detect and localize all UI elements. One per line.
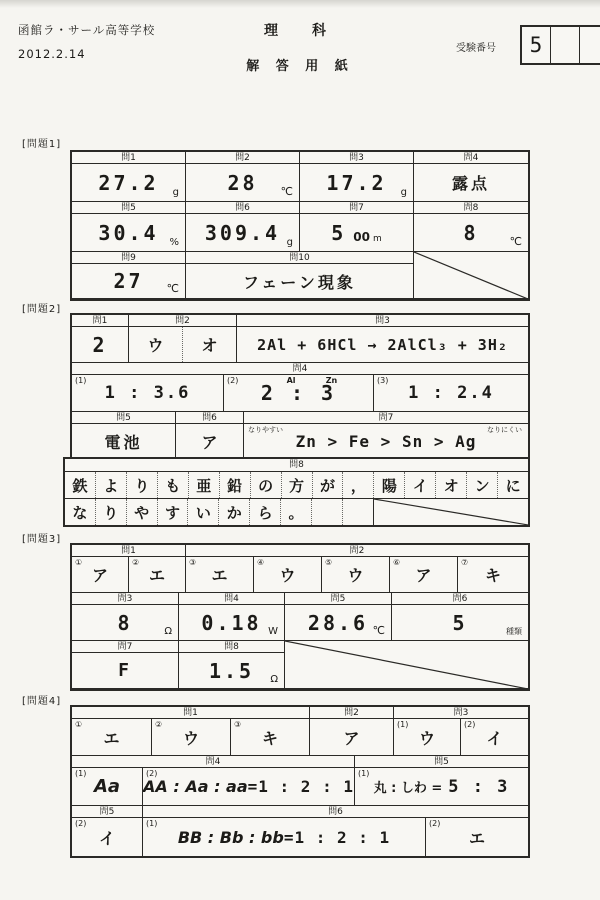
answer-genes: AA : Aa : aa [143,777,248,796]
answer-value: Aa [94,776,120,797]
s4-answer-row-2: (1) Aa (2) AA : Aa : aa =1 : 2 : 1 (1) 丸… [72,768,528,806]
s1-blank-zone-bottom [414,264,528,299]
s1-q6-answer-cell: 309.4 g [186,214,300,252]
s3-q2-6-cell: ⑥ ア [390,557,458,593]
char-box: ら [250,499,281,525]
s4-q6-header: 問6 [143,806,528,818]
element-label-al: Al [287,376,296,385]
char-box: 亜 [189,472,220,498]
s4-q1-2-cell: ② ウ [152,719,231,756]
s4-q3-1-cell: (1) ウ [394,719,461,756]
s3-q5-answer-cell: 28.6 ℃ [285,605,392,641]
s1-blank-zone-top [414,252,528,264]
answer-value: ア [92,563,108,586]
s3-header-row-2: 問3 問4 問5 問6 [72,593,528,605]
s2-q8-text-row-1: 鉄 よ り も 亜 鉛 の 方 が ， 陽 イ オ ン に [65,472,528,498]
s1-q3-answer-cell: 17.2 g [300,164,414,202]
s4-q4-header: 問4 [72,756,355,768]
answer-value: 5 [452,611,467,635]
item-number: ② [155,720,162,729]
subquestion-label: (1) [397,720,408,729]
s2-q3-header: 問3 [237,315,528,327]
answer-value: ア [201,430,217,453]
subquestion-label: (1) [146,819,157,828]
answer-value: エ [149,563,165,586]
subquestion-label: (2) [464,720,475,729]
char-box: 陽 [374,472,405,498]
s4-q5-2-cell: (2) イ [72,818,143,856]
answer-value: ウ [279,563,295,586]
answer-unit: 種類 [506,626,522,637]
answer-value: ウ [347,563,363,586]
s4-q4-2-cell: (2) AA : Aa : aa =1 : 2 : 1 [143,768,355,806]
answer-value: 8 [117,611,132,635]
s3-q1-2-cell: ② エ [129,557,186,593]
answer-unit: Ω [164,626,172,637]
s4-q1-3-cell: ③ キ [231,719,310,756]
s2-q7-header: 問7 [244,412,528,424]
answer-value: 2 [92,333,107,357]
s1-header-row-2: 問5 問6 問7 問8 [72,202,528,214]
answer-prefix: 丸 : しわ = [374,777,443,796]
answer-unit: g [401,187,407,198]
answer-value: F [118,660,132,681]
answer-value: ア [415,563,431,586]
s4-header-row-2: 問4 問5 [72,756,528,768]
s3-q3-header: 問3 [72,593,179,605]
char-box: が [313,472,344,498]
answer-unit: W [268,626,278,637]
item-number: ① [75,720,82,729]
s1-q5-header: 問5 [72,202,186,214]
s1-q3-header: 問3 [300,152,414,164]
s3-q7-answer-cell: F [72,653,179,689]
s1-q10-header: 問10 [186,252,414,264]
char-box: 鉛 [220,472,251,498]
answer-value: キ [262,726,278,749]
s1-answer-row-2: 30.4 % 309.4 g 5 00 m 8 ℃ [72,214,528,252]
char-box: か [219,499,250,525]
diagonal-slash [374,499,528,525]
subject-title: 理 科 [220,20,380,40]
s1-q10-answer-cell: フェーン現象 [186,264,414,299]
char-box: り [96,499,127,525]
s2-q6-answer-cell: ア [176,424,244,459]
s3-q2-7-cell: ⑦ キ [458,557,528,593]
char-box: オ [436,472,467,498]
section3-label: [問題3] [22,530,61,545]
s2-answer-row-2: (1) 1 : 3.6 (2) Al Zn 2 : 3 (3) 1 : 2.4 [72,375,528,412]
item-number: ① [75,558,82,567]
section2-label: [問題2] [22,300,61,315]
s2-q5-answer-cell: 電池 [72,424,176,459]
s1-q1-header: 問1 [72,152,186,164]
s2-q5-header: 問5 [72,412,176,424]
answer-genes: BB : Bb : bb [178,828,284,847]
subquestion-label: (2) [146,769,157,778]
s3-answer-row-3: F 1.5 Ω [72,653,528,689]
exam-number-box: 5 [520,25,600,65]
char-box: ， [343,472,374,498]
subquestion-label: (1) [75,769,86,778]
subquestion-label: (2) [227,376,238,385]
exam-date: 2012.2.14 [18,47,86,61]
section1-table: 問1 問2 問3 問4 27.2 g 28 ℃ 17.2 g 露点 問5 問 [70,150,530,301]
s3-q2-4-cell: ④ ウ [254,557,322,593]
s3-q3-answer-cell: 8 Ω [72,605,179,641]
answer-value: イ [99,826,115,849]
answer-unit: g [173,187,179,198]
exam-number-digit-2 [550,27,579,63]
subquestion-label: (2) [429,819,440,828]
char-box: す [158,499,189,525]
s2-q8-header: 問8 [65,459,528,472]
char-box [343,499,374,525]
item-number: ② [132,558,139,567]
s1-q2-header: 問2 [186,152,300,164]
s4-q1-1-cell: ① エ [72,719,152,756]
s4-q5-1-cell: (1) 丸 : しわ = 5 : 3 [355,768,528,806]
answer-value: キ [485,563,501,586]
s3-q6-header: 問6 [392,593,528,605]
char-box: い [188,499,219,525]
answer-value: 27 [113,269,143,293]
s3-q8-answer-cell: 1.5 Ω [179,653,285,689]
section2-table: 問1 問2 問3 2 ウ オ 2Al + 6HCl → 2AlCl₃ + 3H₂… [70,313,530,461]
s2-q2-answer-cell: ウ オ [129,327,237,363]
answer-value: 1 : 2.4 [408,383,494,403]
answer-ratio: =1 : 2 : 1 [248,777,354,796]
s4-q2-header: 問2 [310,707,394,719]
answer-value: フェーン現象 [243,270,356,293]
char-box: の [251,472,282,498]
s2-q1-answer-cell: 2 [72,327,129,363]
s3-q5-header: 問5 [285,593,392,605]
answer-value: ウ [147,333,163,356]
s1-q1-answer-cell: 27.2 g [72,164,186,202]
s1-q4-answer-cell: 露点 [414,164,528,202]
answer-value: ウ [419,726,435,749]
s4-q1-header: 問1 [72,707,310,719]
answer-unit: ℃ [510,235,522,248]
s4-q6-2-cell: (2) エ [426,818,528,856]
answer-value: 28.6 [308,611,368,635]
s1-q7-header: 問7 [300,202,414,214]
scale-label-easy: なりやすい [248,425,283,435]
s2-header-row-2: 問4 [72,363,528,375]
s2-q7-answer-cell: なりやすい なりにくい Zn > Fe > Sn > Ag [244,424,528,459]
s4-answer-row-1: ① エ ② ウ ③ キ ア (1) ウ (2) イ [72,719,528,756]
subquestion-label: (1) [75,376,86,385]
answer-ratio: =1 : 2 : 1 [284,828,390,847]
section1-label: [問題1] [22,135,61,150]
school-name: 函館ラ・サール高等学校 [18,22,155,38]
subquestion-label: (2) [75,819,86,828]
char-box: 鉄 [65,472,96,498]
answer-unit: g [287,237,293,248]
answer-value: 1.5 [209,659,254,683]
section4-table: 問1 問2 問3 ① エ ② ウ ③ キ ア (1) ウ [70,705,530,858]
item-number: ③ [234,720,241,729]
s2-header-row-3: 問5 問6 問7 [72,412,528,424]
answer-value: エ [211,563,227,586]
s3-q7-header: 問7 [72,641,179,653]
s4-q6-1-cell: (1) BB : Bb : bb =1 : 2 : 1 [143,818,426,856]
answer-value: 8 [463,221,478,245]
answer-unit: ℃ [373,624,385,637]
char-box: も [158,472,189,498]
s2-q8-text-row-2: な り や す い か ら 。 [65,498,528,525]
char-box: 方 [282,472,313,498]
answer-value: イ [486,726,502,749]
answer-unit: ℃ [167,282,179,295]
answer-value: 27.2 [98,171,158,195]
char-box: 。 [281,499,312,525]
s2-q4-1-cell: (1) 1 : 3.6 [72,375,224,412]
s2-q2-answer-b: オ [182,327,236,362]
answer-unit: Ω [270,674,278,685]
scale-label-hard: なりにくい [487,425,522,435]
item-number: ⑦ [461,558,468,567]
s1-q8-header: 問8 [414,202,528,214]
s3-q2-header: 問2 [186,545,528,557]
element-label-zn: Zn [326,376,338,385]
char-box: や [127,499,158,525]
answer-value: ウ [183,726,199,749]
answer-value: エ [103,726,119,749]
s2-q4-2-cell: (2) Al Zn 2 : 3 [224,375,374,412]
answer-value: 5 : 3 [448,777,509,797]
s3-q1-header: 問1 [72,545,186,557]
s4-header-row-3: 問5 問6 [72,806,528,818]
s3-q8-header: 問8 [179,641,285,653]
sheet-title: 解 答 用 紙 [220,55,380,74]
s3-header-row-3: 問7 問8 [72,641,528,653]
s3-header-row-1: 問1 問2 [72,545,528,557]
s4-q5-header: 問5 [355,756,528,768]
char-box: よ [96,472,127,498]
s3-q2-5-cell: ⑤ ウ [322,557,390,593]
s2-q6-header: 問6 [176,412,244,424]
s4-q3-2-cell: (2) イ [461,719,528,756]
s1-q4-header: 問4 [414,152,528,164]
s2-q4-header: 問4 [72,363,528,375]
answer-unit: m [373,234,382,244]
char-box: に [498,472,528,498]
answer-value: 5 [331,221,346,245]
s1-answer-row-3: 27 ℃ フェーン現象 [72,264,528,299]
s4-q5b-header: 問5 [72,806,143,818]
answer-value: オ [201,333,217,356]
s2-q2-header: 問2 [129,315,237,327]
item-number: ③ [189,558,196,567]
answer-value: 0.18 [201,611,261,635]
s3-q4-answer-cell: 0.18 W [179,605,285,641]
s3-answer-row-1: ① ア ② エ ③ エ ④ ウ ⑤ ウ ⑥ ア [72,557,528,593]
answer-value: 電池 [104,430,142,453]
answer-unit: ℃ [281,185,293,198]
s3-q6-answer-cell: 5 種類 [392,605,528,641]
exam-number-digit-3 [579,27,600,63]
s3-q4-header: 問4 [179,593,285,605]
answer-value: 1 : 3.6 [105,383,191,403]
s1-q8-answer-cell: 8 ℃ [414,214,528,252]
s3-answer-row-2: 8 Ω 0.18 W 28.6 ℃ 5 種類 [72,605,528,641]
s3-blank-zone-bottom [285,653,528,689]
subquestion-label: (3) [377,376,388,385]
s3-q1-1-cell: ① ア [72,557,129,593]
s2-header-row-1: 問1 問2 問3 [72,315,528,327]
s2-q2-answer-a: ウ [129,327,182,362]
answer-value: 露点 [452,171,490,194]
s4-header-row-1: 問1 問2 問3 [72,707,528,719]
answer-value: 309.4 [205,221,280,245]
s1-answer-row-1: 27.2 g 28 ℃ 17.2 g 露点 [72,164,528,202]
s2-q3-answer-cell: 2Al + 6HCl → 2AlCl₃ + 3H₂ [237,327,528,363]
s1-q9-header: 問9 [72,252,186,264]
s2-q4-3-cell: (3) 1 : 2.4 [374,375,528,412]
section4-label: [問題4] [22,692,61,707]
answer-unit: % [169,237,179,248]
s2-answer-row-3: 電池 ア なりやすい なりにくい Zn > Fe > Sn > Ag [72,424,528,459]
char-box: ン [467,472,498,498]
answer-value: エ [469,826,485,849]
answer-value: 30.4 [98,221,158,245]
s1-header-row-1: 問1 問2 問3 問4 [72,152,528,164]
s1-q7-answer-cell: 5 00 m [300,214,414,252]
s1-q2-answer-cell: 28 ℃ [186,164,300,202]
exam-number-label: 受験番号 [456,39,496,54]
s1-header-row-3: 問9 問10 [72,252,528,264]
s1-q6-header: 問6 [186,202,300,214]
s4-q4-1-cell: (1) Aa [72,768,143,806]
answer-value: 28 [227,171,257,195]
s1-q5-answer-cell: 30.4 % [72,214,186,252]
item-number: ⑥ [393,558,400,567]
s2-q8-grid: 問8 鉄 よ り も 亜 鉛 の 方 が ， 陽 イ オ ン に な り や す… [63,457,530,527]
char-box [312,499,343,525]
answer-value: ア [343,726,359,749]
answer-preprinted-zeros: 00 [353,230,370,244]
s4-q3-header: 問3 [394,707,528,719]
exam-number-digit-1: 5 [522,27,550,63]
s4-answer-row-3: (2) イ (1) BB : Bb : bb =1 : 2 : 1 (2) エ [72,818,528,856]
section3-table: 問1 問2 ① ア ② エ ③ エ ④ ウ ⑤ ウ [70,543,530,691]
answer-value: Zn > Fe > Sn > Ag [296,432,477,451]
subquestion-label: (1) [358,769,369,778]
s4-q2-answer-cell: ア [310,719,394,756]
s2-q1-header: 問1 [72,315,129,327]
chemical-equation: 2Al + 6HCl → 2AlCl₃ + 3H₂ [257,336,508,354]
char-box: り [127,472,158,498]
item-number: ④ [257,558,264,567]
s2-answer-row-1: 2 ウ オ 2Al + 6HCl → 2AlCl₃ + 3H₂ [72,327,528,363]
answer-value: 17.2 [326,171,386,195]
char-box: な [65,499,96,525]
char-box: イ [405,472,436,498]
s3-q2-3-cell: ③ エ [186,557,254,593]
s3-blank-zone-top [285,641,528,653]
answer-sheet: 函館ラ・サール高等学校 2012.2.14 理 科 解 答 用 紙 受験番号 5… [0,0,600,900]
s1-q9-answer-cell: 27 ℃ [72,264,186,299]
item-number: ⑤ [325,558,332,567]
